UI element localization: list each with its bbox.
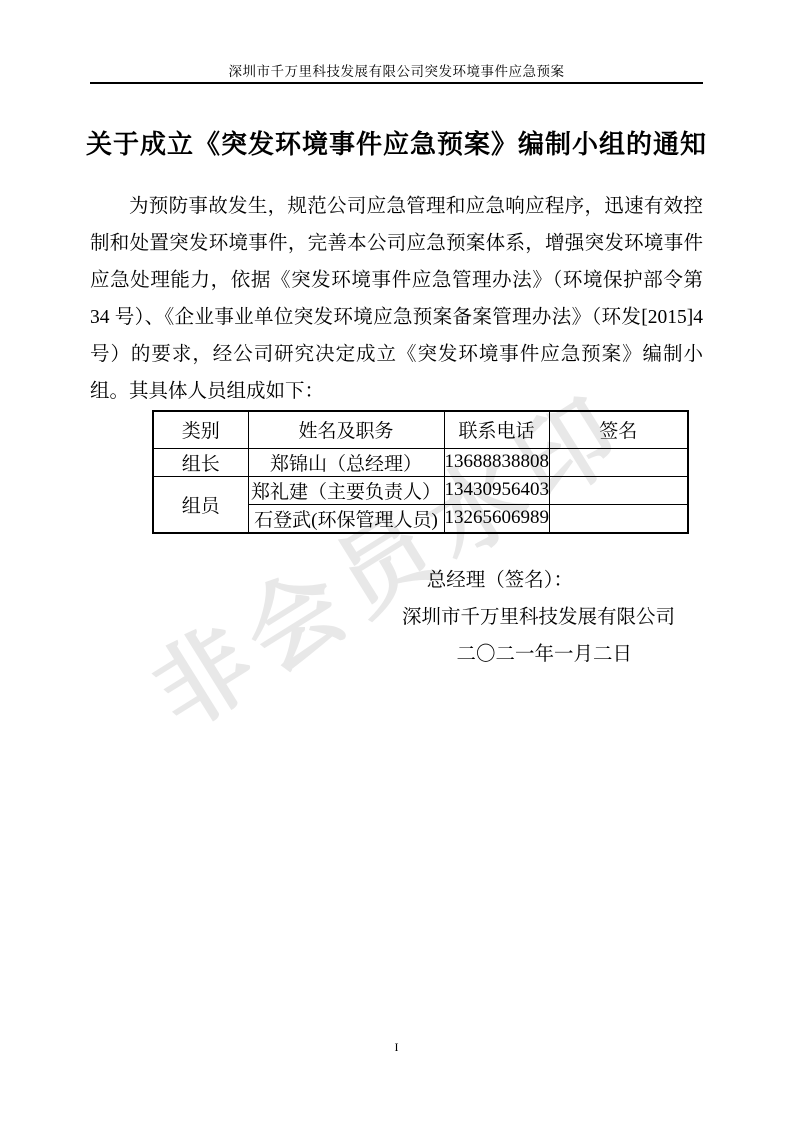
table-row-member-1: 组员 郑礼建（主要负责人） 13430956403 [153,476,688,504]
page-number: I [0,1040,793,1055]
cell-phone: 13430956403 [444,476,549,504]
col-header-category: 类别 [153,411,248,448]
signature-label: 总经理（签名）： [90,562,703,599]
body-paragraph: 为预防事故发生，规范公司应急管理和应急响应程序，迅速有效控制和处置突发环境事件，… [90,188,703,410]
signature-block: 总经理（签名）： 深圳市千万里科技发展有限公司 二〇二一年一月二日 [90,562,703,673]
cell-category: 组员 [153,476,248,533]
cell-phone: 13265606989 [444,504,549,533]
company-name: 深圳市千万里科技发展有限公司 [90,599,703,636]
page-content: 深圳市千万里科技发展有限公司突发环境事件应急预案 关于成立《突发环境事件应急预案… [0,0,793,1122]
signature-date: 二〇二一年一月二日 [90,636,703,673]
col-header-signature: 签名 [549,411,688,448]
col-header-name: 姓名及职务 [248,411,444,448]
table-header-row: 类别 姓名及职务 联系电话 签名 [153,411,688,448]
header-divider [90,82,703,84]
cell-signature [549,448,688,476]
running-header: 深圳市千万里科技发展有限公司突发环境事件应急预案 [0,60,793,80]
cell-phone: 13688838808 [444,448,549,476]
cell-signature [549,504,688,533]
document-page: 非会员水印 深圳市千万里科技发展有限公司突发环境事件应急预案 关于成立《突发环境… [0,0,793,1122]
col-header-phone: 联系电话 [444,411,549,448]
table-row-leader: 组长 郑锦山（总经理） 13688838808 [153,448,688,476]
cell-category: 组长 [153,448,248,476]
cell-signature [549,476,688,504]
cell-name: 郑锦山（总经理） [248,448,444,476]
document-title: 关于成立《突发环境事件应急预案》编制小组的通知 [0,124,793,161]
members-table: 类别 姓名及职务 联系电话 签名 组长 郑锦山（总经理） 13688838808… [152,410,689,534]
cell-name: 石登武(环保管理人员) [248,504,444,533]
cell-name: 郑礼建（主要负责人） [248,476,444,504]
